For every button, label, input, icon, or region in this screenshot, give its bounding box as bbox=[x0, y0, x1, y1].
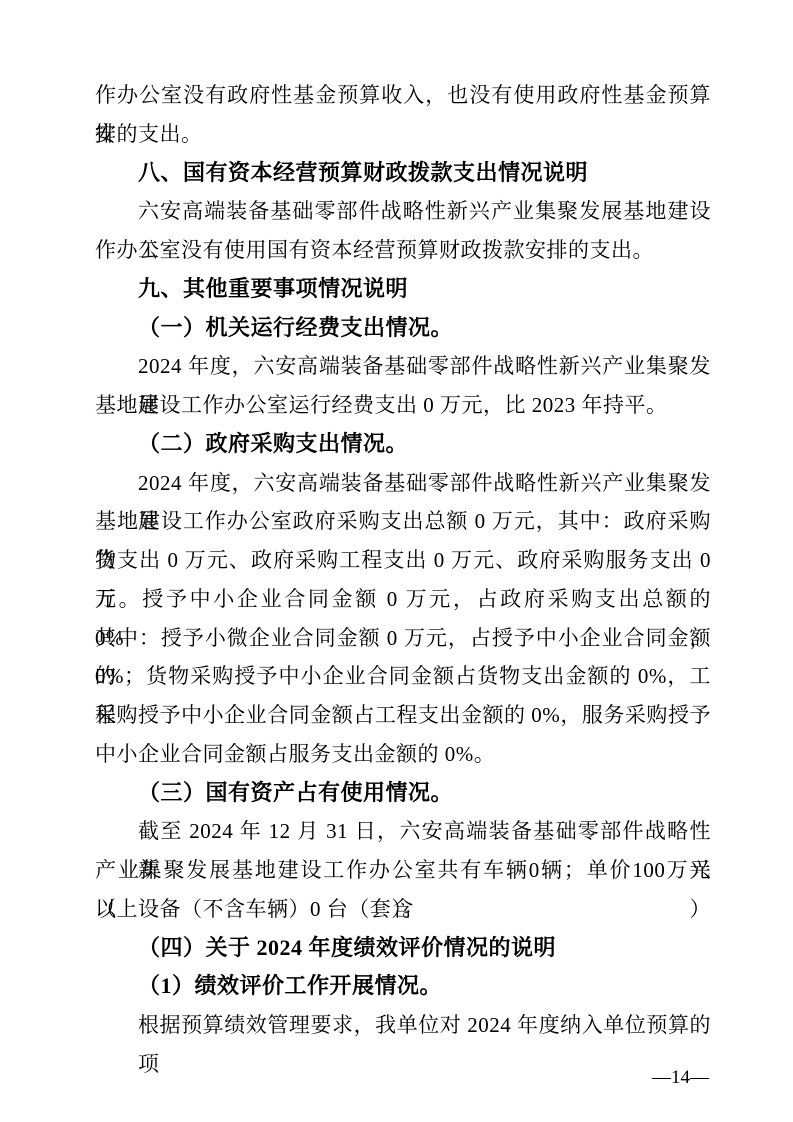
subsection-heading-3: （三）国有资产占有使用情况。 bbox=[95, 774, 711, 813]
subsection-heading-4-1: （1）绩效评价工作开展情况。 bbox=[95, 967, 711, 1006]
paragraph-line: 物支出 0 万元、政府采购工程支出 0 万元、政府采购服务支出 0 万 bbox=[95, 541, 711, 580]
paragraph-line: 元。授予中小企业合同金额 0 万元，占政府采购支出总额的 0%， bbox=[95, 580, 711, 619]
subsection-heading-1: （一）机关运行经费支出情况。 bbox=[95, 309, 711, 348]
page-number: —14— bbox=[652, 1066, 709, 1090]
section-heading-9: 九、其他重要事项情况说明 bbox=[95, 270, 711, 309]
paragraph-line: 截至 2024 年 12 月 31 日，六安高端装备基础零部件战略性新兴 bbox=[95, 812, 711, 851]
document-body: 作办公室没有政府性基金预算收入，也没有使用政府性基金预算安 排的支出。 八、国有… bbox=[95, 76, 711, 1045]
paragraph-line: 基地建设工作办公室政府采购支出总额 0 万元，其中：政府采购货 bbox=[95, 502, 711, 541]
document-page: 作办公室没有政府性基金预算收入，也没有使用政府性基金预算安 排的支出。 八、国有… bbox=[0, 0, 793, 1122]
paragraph-line: 2024 年度，六安高端装备基础零部件战略性新兴产业集聚发展 bbox=[95, 464, 711, 503]
paragraph-line: 排的支出。 bbox=[95, 115, 711, 154]
paragraph-line: 作办公室没有使用国有资本经营预算财政拨款安排的支出。 bbox=[95, 231, 711, 270]
subsection-heading-4: （四）关于 2024 年度绩效评价情况的说明 bbox=[95, 929, 711, 968]
subsection-heading-2: （二）政府采购支出情况。 bbox=[95, 425, 711, 464]
paragraph-line: 六安高端装备基础零部件战略性新兴产业集聚发展基地建设工 bbox=[95, 192, 711, 231]
paragraph-line: 基地建设工作办公室运行经费支出 0 万元，比 2023 年持平。 bbox=[95, 386, 711, 425]
paragraph-line: 2024 年度，六安高端装备基础零部件战略性新兴产业集聚发展 bbox=[95, 347, 711, 386]
paragraph-line: 采购授予中小企业合同金额占工程支出金额的 0%，服务采购授予 bbox=[95, 696, 711, 735]
paragraph-line: 中小企业合同金额占服务支出金额的 0%。 bbox=[95, 735, 711, 774]
paragraph-line: 作办公室没有政府性基金预算收入，也没有使用政府性基金预算安 bbox=[95, 76, 711, 115]
paragraph-line: 根据预算绩效管理要求，我单位对 2024 年度纳入单位预算的项 bbox=[95, 1006, 711, 1045]
paragraph-line: 产业集聚发展基地建设工作办公室共有车辆0辆；单价100万元（含） bbox=[95, 851, 711, 890]
paragraph-line: 其中：授予小微企业合同金额 0 万元，占授予中小企业合同金额的 bbox=[95, 619, 711, 658]
section-heading-8: 八、国有资本经营预算财政拨款支出情况说明 bbox=[95, 154, 711, 193]
paragraph-line: 0%；货物采购授予中小企业合同金额占货物支出金额的 0%，工程 bbox=[95, 657, 711, 696]
